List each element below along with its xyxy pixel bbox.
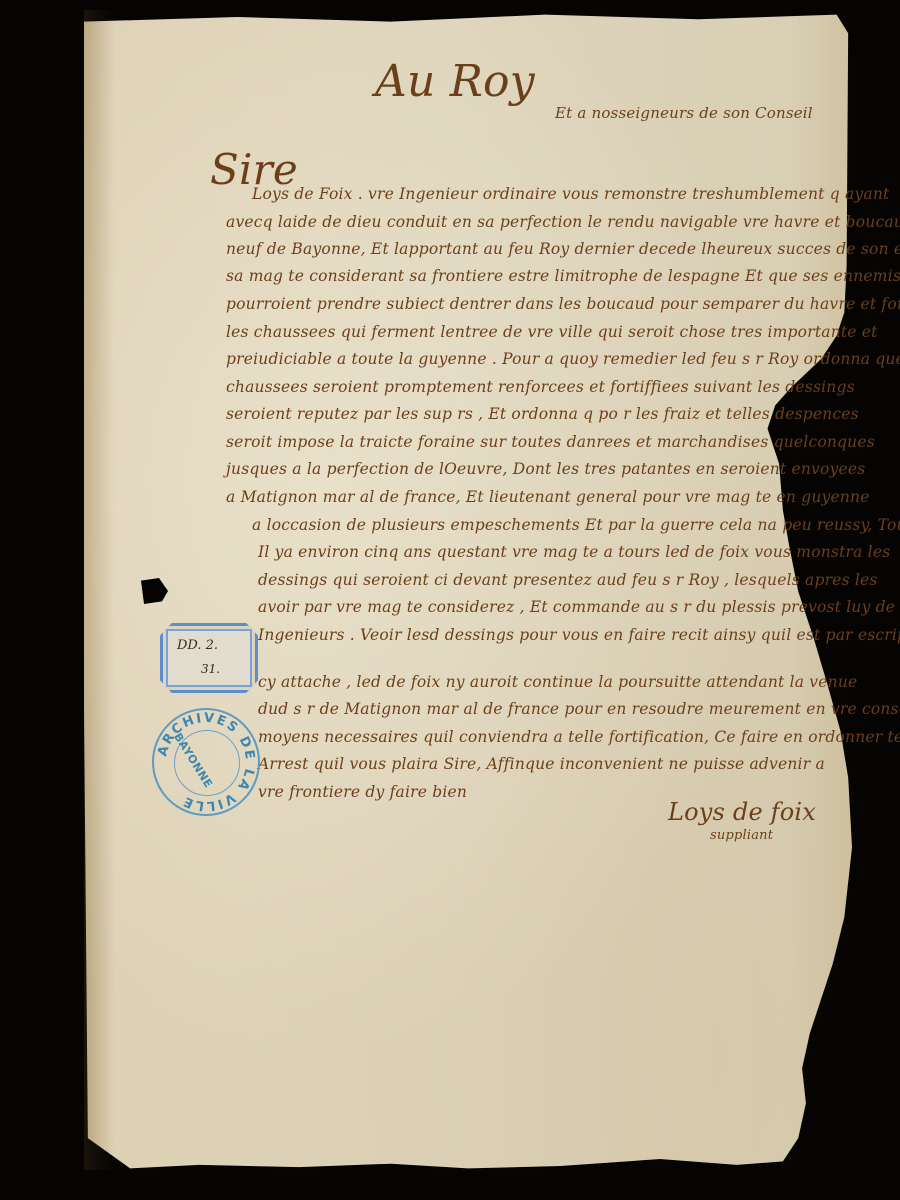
body-line: seroit impose la traicte foraine sur tou… — [226, 433, 875, 451]
body-line: cy attache , led de foix ny auroit conti… — [258, 673, 857, 691]
shelfmark-stamp: DD. 2. 31. — [160, 623, 258, 693]
body-line: a Matignon mar al de france, Et lieutena… — [226, 488, 870, 506]
body-line: moyens necessaires quil conviendra a tel… — [258, 728, 900, 746]
body-line: avoir par vre mag te considerez , Et com… — [258, 598, 900, 616]
body-line: jusques a la perfection de lOeuvre, Dont… — [226, 460, 865, 478]
body-line: chaussees seroient promptement renforcee… — [226, 378, 855, 396]
shelfmark-line2: 31. — [201, 662, 220, 676]
body-line: avecq laide de dieu conduit en sa perfec… — [226, 213, 900, 231]
body-line: sa mag te considerant sa frontiere estre… — [226, 267, 900, 285]
body-line: dud s r de Matignon mar al de france pou… — [258, 700, 900, 718]
body-line: a loccasion de plusieurs empeschements E… — [252, 516, 900, 534]
body-line: Loys de Foix . vre Ingenieur ordinaire v… — [252, 185, 889, 203]
body-line: Ingenieurs . Veoir lesd dessings pour vo… — [258, 626, 900, 644]
shelfmark-line1: DD. 2. — [177, 638, 218, 653]
body-line: vre frontiere dy faire bien — [258, 783, 467, 801]
address-subtitle: Et a nosseigneurs de son Conseil — [555, 104, 813, 122]
body-line: preiudiciable a toute la guyenne . Pour … — [226, 350, 900, 368]
archive-seal-stamp: ARCHIVES DE LA VILLE BAYONNE — [152, 708, 260, 816]
body-line: les chaussees qui ferment lentree de vre… — [226, 323, 878, 341]
body-line: Arrest quil vous plaira Sire, Affinque i… — [258, 755, 825, 773]
body-line: Il ya environ cinq ans questant vre mag … — [258, 543, 890, 561]
body-line: pourroient prendre subiect dentrer dans … — [226, 295, 900, 313]
address-title: Au Roy — [375, 56, 535, 107]
body-line: dessings qui seroient ci devant presente… — [258, 571, 878, 589]
signature-role: suppliant — [710, 828, 773, 843]
signature-name: Loys de foix — [668, 798, 816, 826]
body-line: seroient reputez par les sup rs , Et ord… — [226, 405, 859, 423]
body-line: neuf de Bayonne, Et lapportant au feu Ro… — [226, 240, 900, 258]
